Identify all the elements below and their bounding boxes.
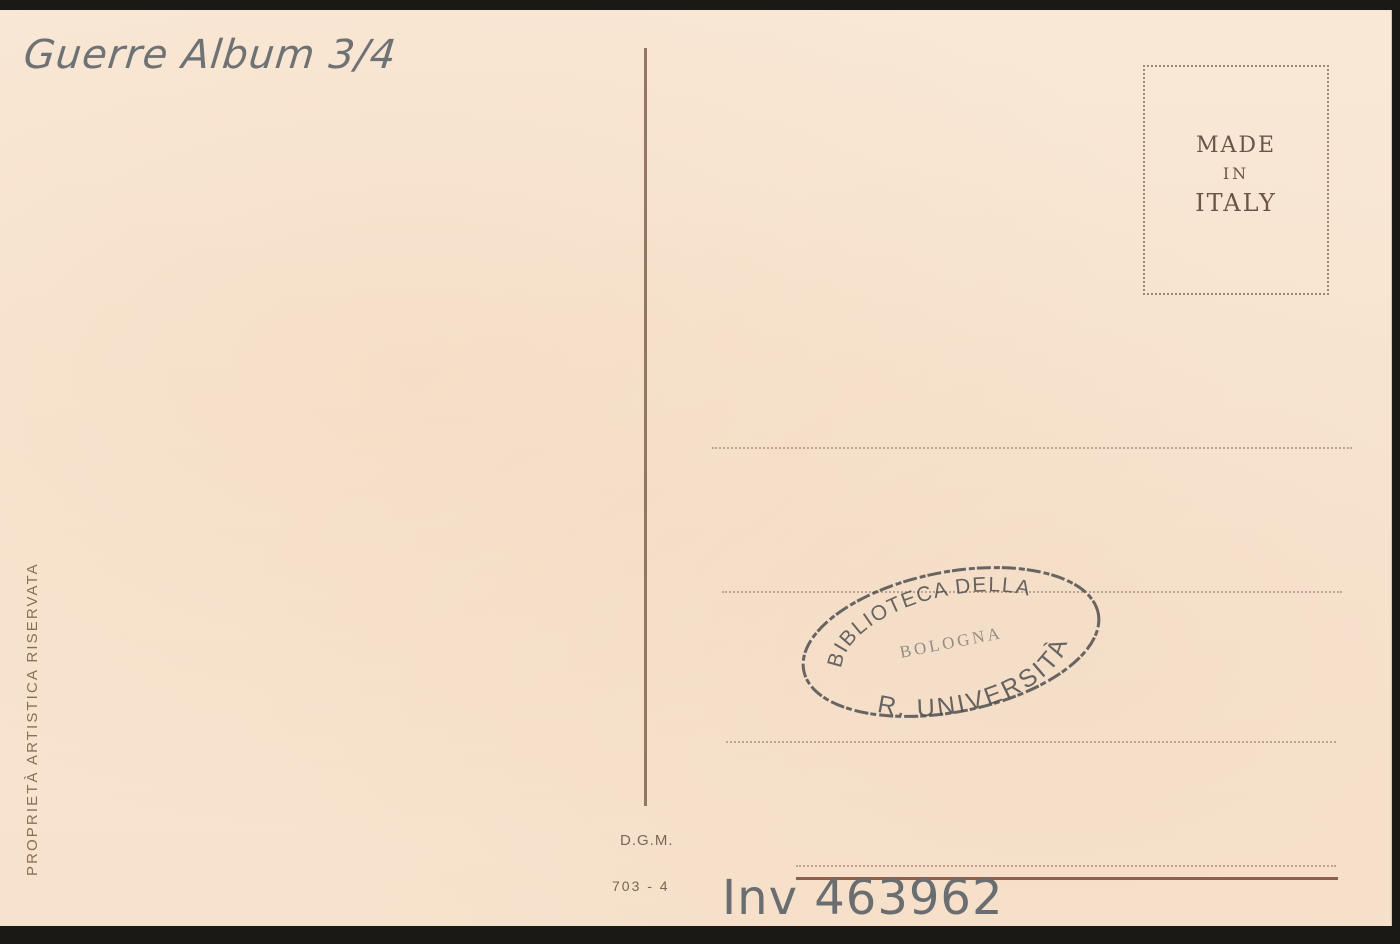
series-code: 703 - 4 [612,878,670,894]
address-line-4 [796,865,1336,867]
stamp-box-made: MADE [1196,133,1276,158]
library-ownership-stamp: BIBLIOTECA DELLA BOLOGNA R. UNIVERSITÀ [786,538,1115,746]
stamp-box-italy: ITALY [1195,189,1277,217]
stamp-top-arc-text: BIBLIOTECA DELLA [812,561,1044,674]
copyright-notice: PROPRIETÀ ARTISTICA RISERVATA [24,562,41,876]
scan-frame: Guerre Album 3/4 PROPRIETÀ ARTISTICA RIS… [0,0,1400,944]
address-line-1 [712,447,1352,449]
postage-stamp-box: MADE IN ITALY [1143,65,1329,295]
oval-stamp-icon: BIBLIOTECA DELLA BOLOGNA R. UNIVERSITÀ [786,538,1115,746]
stamp-box-in: IN [1223,164,1249,183]
printer-mark: D.G.M. [620,832,674,849]
stamp-middle-text: BOLOGNA [898,623,1004,662]
handwritten-album-note: Guerre Album 3/4 [22,32,399,78]
center-divider-line [644,48,647,806]
svg-text:BIBLIOTECA DELLA: BIBLIOTECA DELLA [812,561,1044,674]
handwritten-inventory-number: Inv 463962 [722,870,1003,926]
postcard-back: Guerre Album 3/4 PROPRIETÀ ARTISTICA RIS… [0,10,1392,926]
